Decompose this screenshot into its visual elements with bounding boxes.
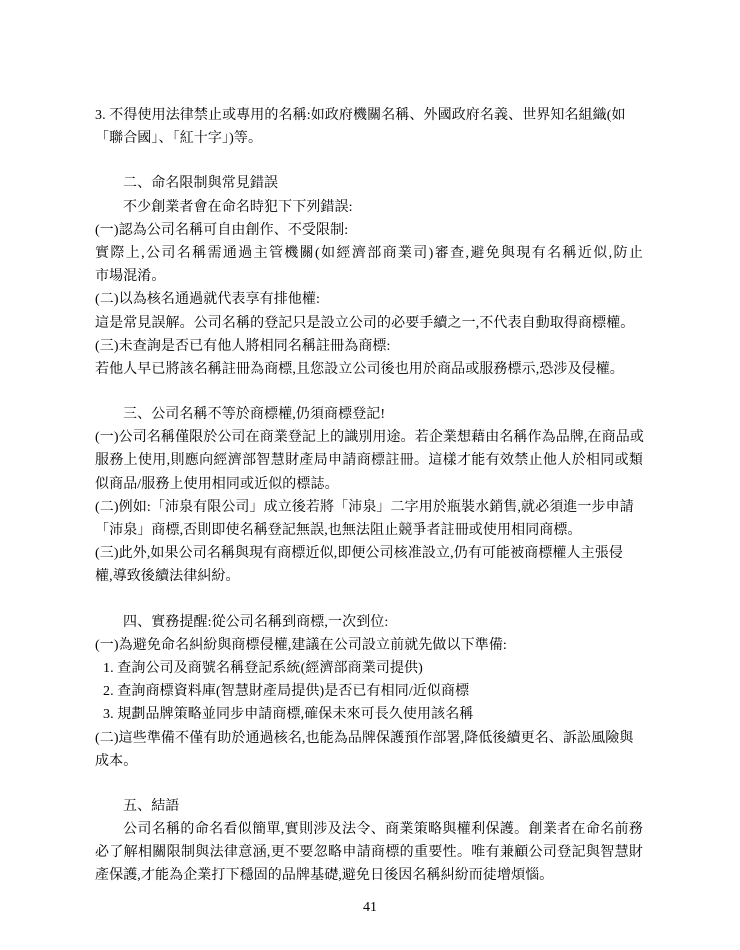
paragraph-line: (一)認為公司名稱可自由創作、不受限制: — [95, 219, 643, 242]
paragraph-line: 公司名稱的命名看似簡單,實則涉及法令、商業策略與權利保護。創業者在命名前務 — [95, 818, 643, 841]
list-item: 2. 查詢商標資料庫(智慧財產局提供)是否已有相同/近似商標 — [95, 680, 643, 703]
blank-line — [95, 589, 643, 611]
paragraph-line: 產保護,才能為企業打下穩固的品牌基礎,避免日後因名稱糾紛而徒增煩惱。 — [95, 864, 643, 887]
paragraph-line: (二)以為核名通過就代表享有排他權: — [95, 288, 643, 311]
paragraph-line: 這是常見誤解。公司名稱的登記只是設立公司的必要手續之一,不代表自動取得商標權。 — [95, 312, 643, 335]
blank-line — [95, 150, 643, 172]
paragraph-line: (三)此外,如果公司名稱與現有商標近似,即便公司核准設立,仍有可能被商標權人主張… — [95, 542, 643, 565]
paragraph-line: 必了解相關限制與法律意涵,更不要忽略申請商標的重要性。唯有兼顧公司登記與智慧財 — [95, 841, 643, 864]
paragraph-line: 不少創業者會在命名時犯下下列錯誤: — [95, 196, 643, 219]
list-item: 3. 規劃品牌策略並同步申請商標,確保未來可長久使用該名稱 — [95, 703, 643, 726]
paragraph-line: (一)為避免命名糾紛與商標侵權,建議在公司設立前就先做以下準備: — [95, 634, 643, 657]
paragraph-line: 「沛泉」商標,否則即使名稱登記無誤,也無法阻止競爭者註冊或使用相同商標。 — [95, 519, 643, 542]
paragraph-line: (三)未查詢是否已有他人將相同名稱註冊為商標: — [95, 335, 643, 358]
page-number: 41 — [0, 898, 740, 918]
paragraph-line: 權,導致後續法律糾紛。 — [95, 565, 643, 588]
paragraph-line: 3. 不得使用法律禁止或專用的名稱:如政府機關名稱、外國政府名義、世界知名組織(… — [95, 104, 643, 127]
section-heading: 二、命名限制與常見錯誤 — [95, 172, 643, 195]
paragraph-line: 成本。 — [95, 750, 643, 773]
paragraph-line: (一)公司名稱僅限於公司在商業登記上的識別用途。若企業想藉由名稱作為品牌,在商品… — [95, 426, 643, 449]
list-item: 1. 查詢公司及商號名稱登記系統(經濟部商業司提供) — [95, 657, 643, 680]
paragraph-line: 市場混淆。 — [95, 265, 643, 288]
paragraph-line: 實際上,公司名稱需通過主管機關(如經濟部商業司)審查,避免與現有名稱近似,防止 — [95, 242, 643, 265]
paragraph-line: 「聯合國」、「紅十字」)等。 — [95, 127, 643, 150]
paragraph-line: 服務上使用,則應向經濟部智慧財產局申請商標註冊。這樣才能有效禁止他人於相同或類 — [95, 449, 643, 472]
blank-line — [95, 773, 643, 795]
section-heading: 五、結語 — [95, 795, 643, 818]
paragraph-line: (二)例如:「沛泉有限公司」成立後若將「沛泉」二字用於瓶裝水銷售,就必須進一步申… — [95, 496, 643, 519]
blank-line — [95, 381, 643, 403]
paragraph-line: 若他人早已將該名稱註冊為商標,且您設立公司後也用於商品或服務標示,恐涉及侵權。 — [95, 358, 643, 381]
document-body: 3. 不得使用法律禁止或專用的名稱:如政府機關名稱、外國政府名義、世界知名組織(… — [95, 104, 643, 888]
section-heading: 四、實務提醒:從公司名稱到商標,一次到位: — [95, 611, 643, 634]
section-heading: 三、公司名稱不等於商標權,仍須商標登記! — [95, 403, 643, 426]
paragraph-line: 似商品/服務上使用相同或近似的標誌。 — [95, 473, 643, 496]
paragraph-line: (二)這些準備不僅有助於通過核名,也能為品牌保護預作部署,降低後續更名、訴訟風險… — [95, 727, 643, 750]
document-page: 3. 不得使用法律禁止或專用的名稱:如政府機關名稱、外國政府名義、世界知名組織(… — [0, 0, 740, 950]
